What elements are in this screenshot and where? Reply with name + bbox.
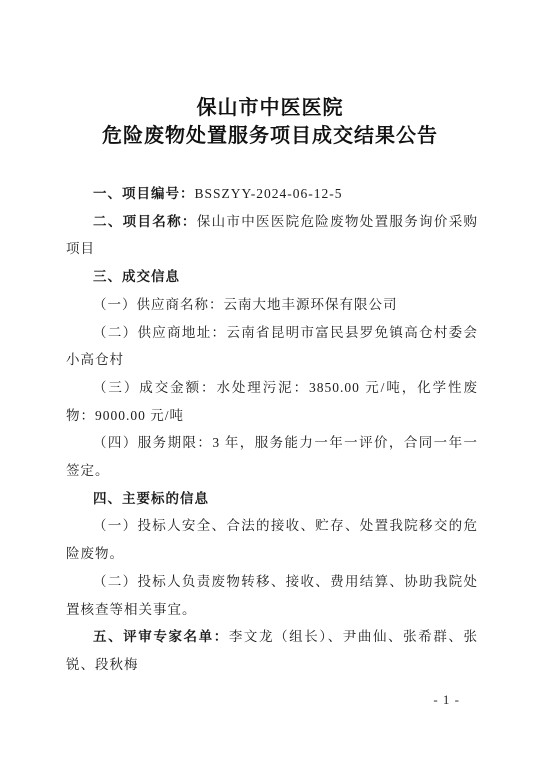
heading-subject-info-label: 四、主要标的信息 [93, 491, 209, 506]
document-title-line1: 保山市中医医院 [0, 94, 540, 122]
heading-deal-info: 三、成交信息 [66, 263, 478, 291]
heading-subject-info: 四、主要标的信息 [66, 485, 478, 513]
page-number: - 1 - [433, 692, 460, 708]
para-project-number-value: BSSZYY-2024-06-12-5 [195, 186, 343, 201]
para-subject-item-2-value: （二）投标人负责废物转移、接收、费用结算、协助我院处置核查等相关事宜。 [66, 574, 478, 617]
para-supplier-name-value: （一）供应商名称：云南大地丰源环保有限公司 [93, 297, 398, 312]
para-project-name: 二、项目名称：保山市中医医院危险废物处置服务询价采购项目 [66, 208, 478, 263]
document-body: 一、项目编号：BSSZYY-2024-06-12-5 二、项目名称：保山市中医医… [66, 180, 478, 679]
para-supplier-address-value: （二）供应商地址：云南省昆明市富民县罗免镇高仓村委会小高仓村 [66, 325, 478, 368]
document-page: 保山市中医医院 危险废物处置服务项目成交结果公告 一、项目编号：BSSZYY-2… [0, 0, 540, 769]
para-supplier-address: （二）供应商地址：云南省昆明市富民县罗免镇高仓村委会小高仓村 [66, 319, 478, 374]
para-deal-amount-value: （三）成交金额：水处理污泥：3850.00 元/吨，化学性废物：9000.00 … [66, 380, 478, 423]
document-title: 保山市中医医院 危险废物处置服务项目成交结果公告 [0, 94, 540, 150]
para-service-term-value: （四）服务期限：3 年，服务能力一年一评价，合同一年一签定。 [66, 435, 478, 478]
para-subject-item-1-value: （一）投标人安全、合法的接收、贮存、处置我院移交的危险废物。 [66, 518, 478, 561]
para-project-number-label: 一、项目编号： [93, 186, 195, 201]
document-title-line2: 危险废物处置服务项目成交结果公告 [0, 122, 540, 150]
para-expert-list: 五、评审专家名单：李文龙（组长）、尹曲仙、张希群、张锐、段秋梅 [66, 623, 478, 678]
para-project-number: 一、项目编号：BSSZYY-2024-06-12-5 [66, 180, 478, 208]
heading-deal-info-label: 三、成交信息 [93, 269, 180, 284]
para-project-name-label: 二、项目名称： [93, 214, 197, 229]
para-deal-amount: （三）成交金额：水处理污泥：3850.00 元/吨，化学性废物：9000.00 … [66, 374, 478, 429]
para-expert-list-label: 五、评审专家名单： [93, 629, 229, 644]
para-service-term: （四）服务期限：3 年，服务能力一年一评价，合同一年一签定。 [66, 429, 478, 484]
para-subject-item-1: （一）投标人安全、合法的接收、贮存、处置我院移交的危险废物。 [66, 512, 478, 567]
para-subject-item-2: （二）投标人负责废物转移、接收、费用结算、协助我院处置核查等相关事宜。 [66, 568, 478, 623]
para-supplier-name: （一）供应商名称：云南大地丰源环保有限公司 [66, 291, 478, 319]
